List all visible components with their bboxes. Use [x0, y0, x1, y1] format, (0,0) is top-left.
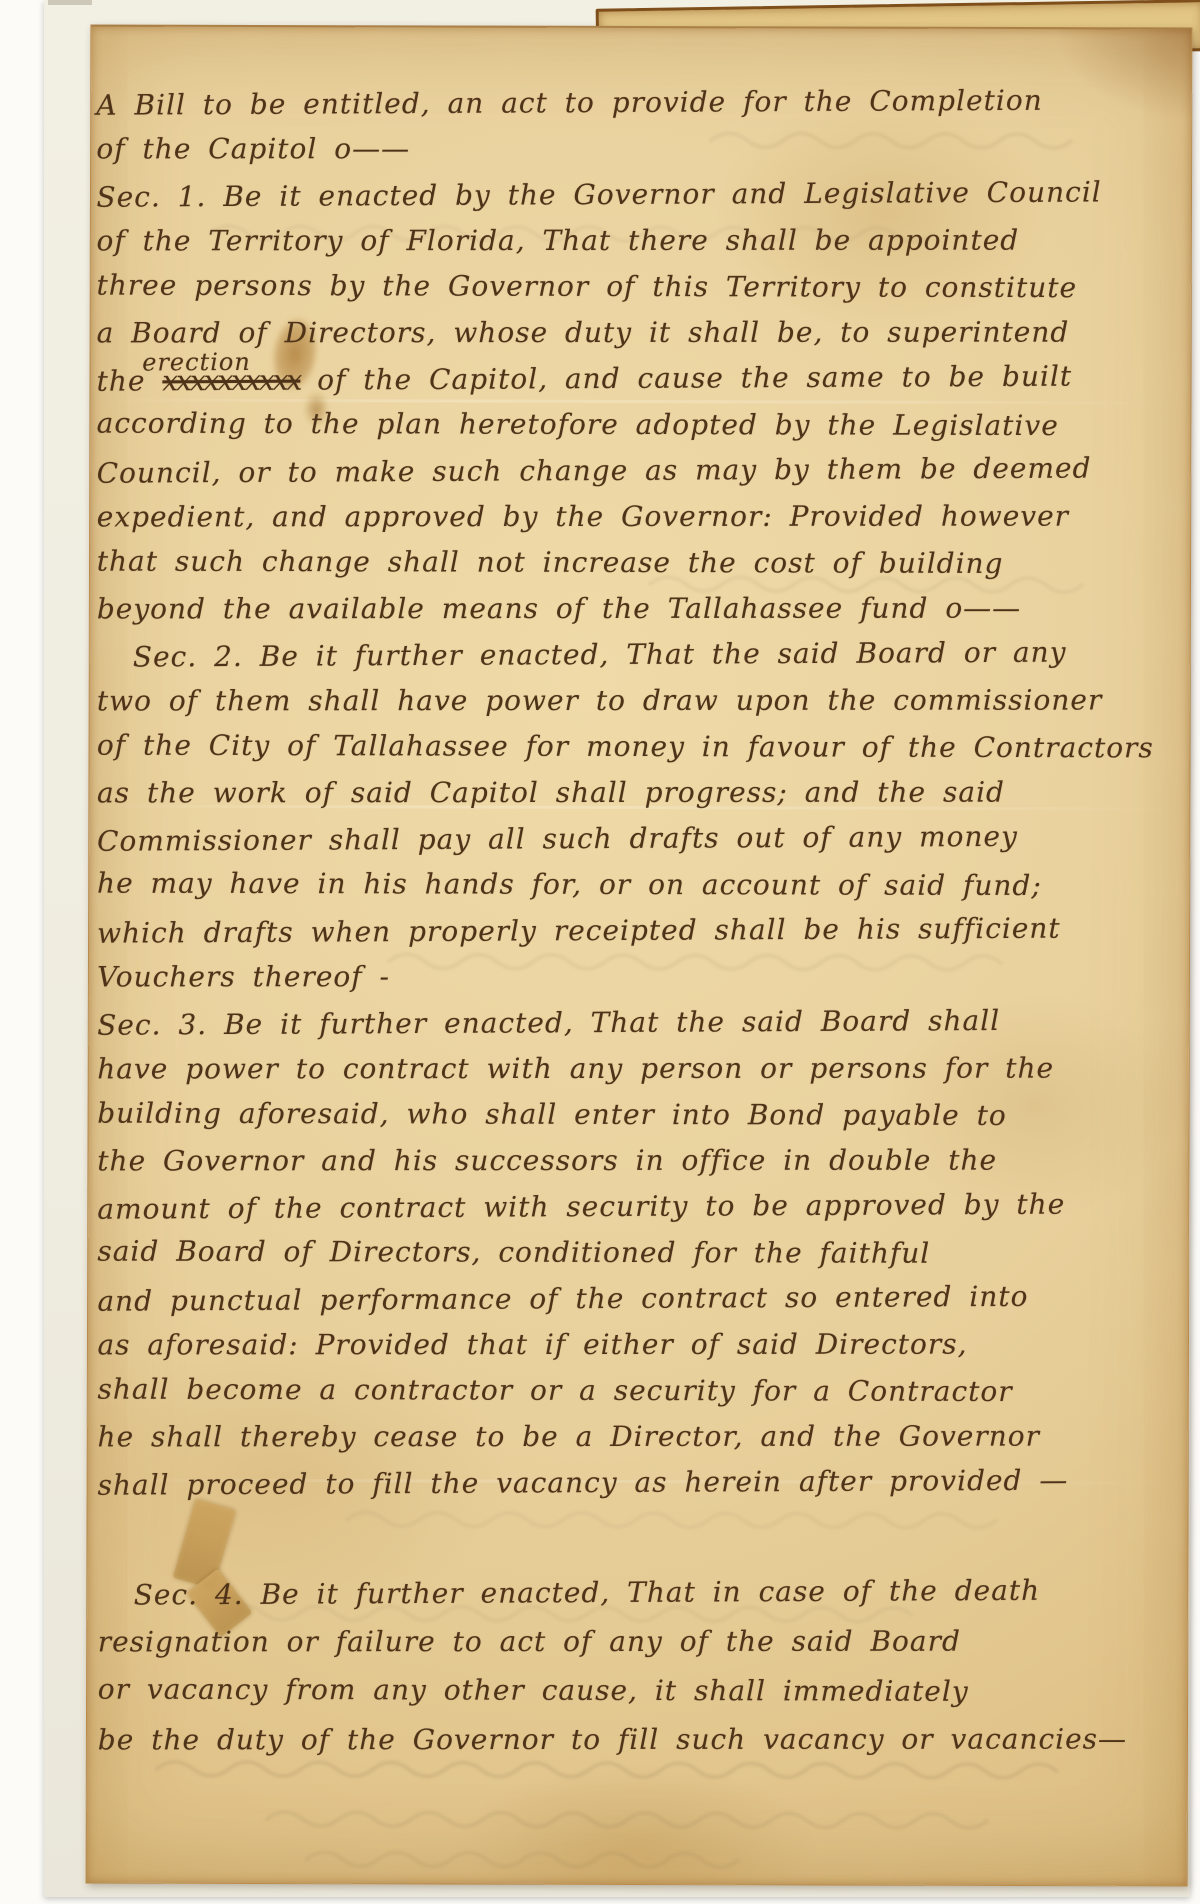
manuscript-line: three persons by the Governor of this Te… — [96, 263, 1142, 312]
manuscript-line: according to the plan heretofore adopted… — [97, 401, 1143, 450]
manuscript-line: as the work of said Capitol shall progre… — [97, 769, 1143, 816]
manuscript-section-4: Sec. 4. Be it further enacted, That in c… — [98, 1567, 1144, 1764]
manuscript-line: amount of the contract with security to … — [97, 1181, 1143, 1232]
manuscript-line: Sec. 4. Be it further enacted, That in c… — [98, 1565, 1144, 1619]
manuscript-line: the xxxxxxxxxxerection of the Capitol, a… — [97, 353, 1143, 404]
manuscript-line: A Bill to be entitled, an act to provide… — [96, 77, 1142, 128]
manuscript-line: as aforesaid: Provided that if either of… — [97, 1321, 1143, 1368]
manuscript-line: of the Capitol o—— — [96, 125, 1142, 172]
manuscript-section-1: Sec. 1. Be it enacted by the Governor an… — [96, 171, 1142, 632]
manuscript-line: he shall thereby cease to be a Director,… — [98, 1413, 1144, 1460]
manuscript-line: building aforesaid, who shall enter into… — [97, 1091, 1143, 1140]
manuscript-line: be the duty of the Governor to fill such… — [98, 1714, 1144, 1764]
manuscript-line: expedient, and approved by the Governor:… — [97, 493, 1143, 540]
manuscript-line: of the City of Tallahassee for money in … — [97, 723, 1143, 772]
manuscript-line: which drafts when properly receipted sha… — [97, 905, 1143, 956]
manuscript-line: or vacancy from any other cause, it shal… — [98, 1665, 1144, 1717]
manuscript-line: of the Territory of Florida, That there … — [96, 217, 1142, 264]
manuscript-line: said Board of Directors, conditioned for… — [97, 1229, 1143, 1278]
line-text-after: of the Capitol, and cause the same to be… — [317, 360, 1072, 397]
manuscript-line: resignation or failure to act of any of … — [98, 1616, 1144, 1666]
manuscript-line: Council, or to make such change as may b… — [97, 445, 1143, 496]
manuscript-line: a Board of Directors, whose duty it shal… — [97, 309, 1143, 356]
manuscript-line: Sec. 1. Be it enacted by the Governor an… — [96, 169, 1142, 220]
manuscript-text: A Bill to be entitled, an act to provide… — [96, 79, 1143, 1764]
manuscript-line: have power to contract with any person o… — [97, 1045, 1143, 1092]
manuscript-line: two of them shall have power to draw upo… — [97, 677, 1143, 724]
manuscript-line: he may have in his hands for, or on acco… — [97, 861, 1143, 910]
manuscript-page: A Bill to be entitled, an act to provide… — [86, 25, 1193, 1887]
scanned-document: A Bill to be entitled, an act to provide… — [0, 0, 1200, 1904]
manuscript-section-2: Sec. 2. Be it further enacted, That the … — [97, 631, 1143, 1000]
manuscript-line: shall become a contractor or a security … — [97, 1367, 1143, 1416]
manuscript-line: Commissioner shall pay all such drafts o… — [97, 813, 1143, 864]
manuscript-line: shall proceed to fill the vacancy as her… — [97, 1457, 1143, 1508]
manuscript-line: the Governor and his successors in offic… — [97, 1137, 1143, 1184]
manuscript-line: Sec. 2. Be it further enacted, That the … — [97, 629, 1143, 680]
manuscript-line: that such change shall not increase the … — [97, 539, 1143, 588]
scanner-edge-shadow — [48, 0, 92, 5]
inserted-word-erection: erection — [142, 339, 251, 386]
manuscript-line: Sec. 3. Be it further enacted, That the … — [97, 997, 1143, 1048]
manuscript-line: beyond the available means of the Tallah… — [97, 585, 1143, 632]
manuscript-title: A Bill to be entitled, an act to provide… — [96, 79, 1142, 172]
manuscript-line: and punctual performance of the contract… — [97, 1273, 1143, 1324]
manuscript-line: Vouchers thereof - — [97, 953, 1143, 1000]
line-text-before: the — [97, 364, 146, 397]
manuscript-section-3: Sec. 3. Be it further enacted, That the … — [97, 999, 1143, 1506]
